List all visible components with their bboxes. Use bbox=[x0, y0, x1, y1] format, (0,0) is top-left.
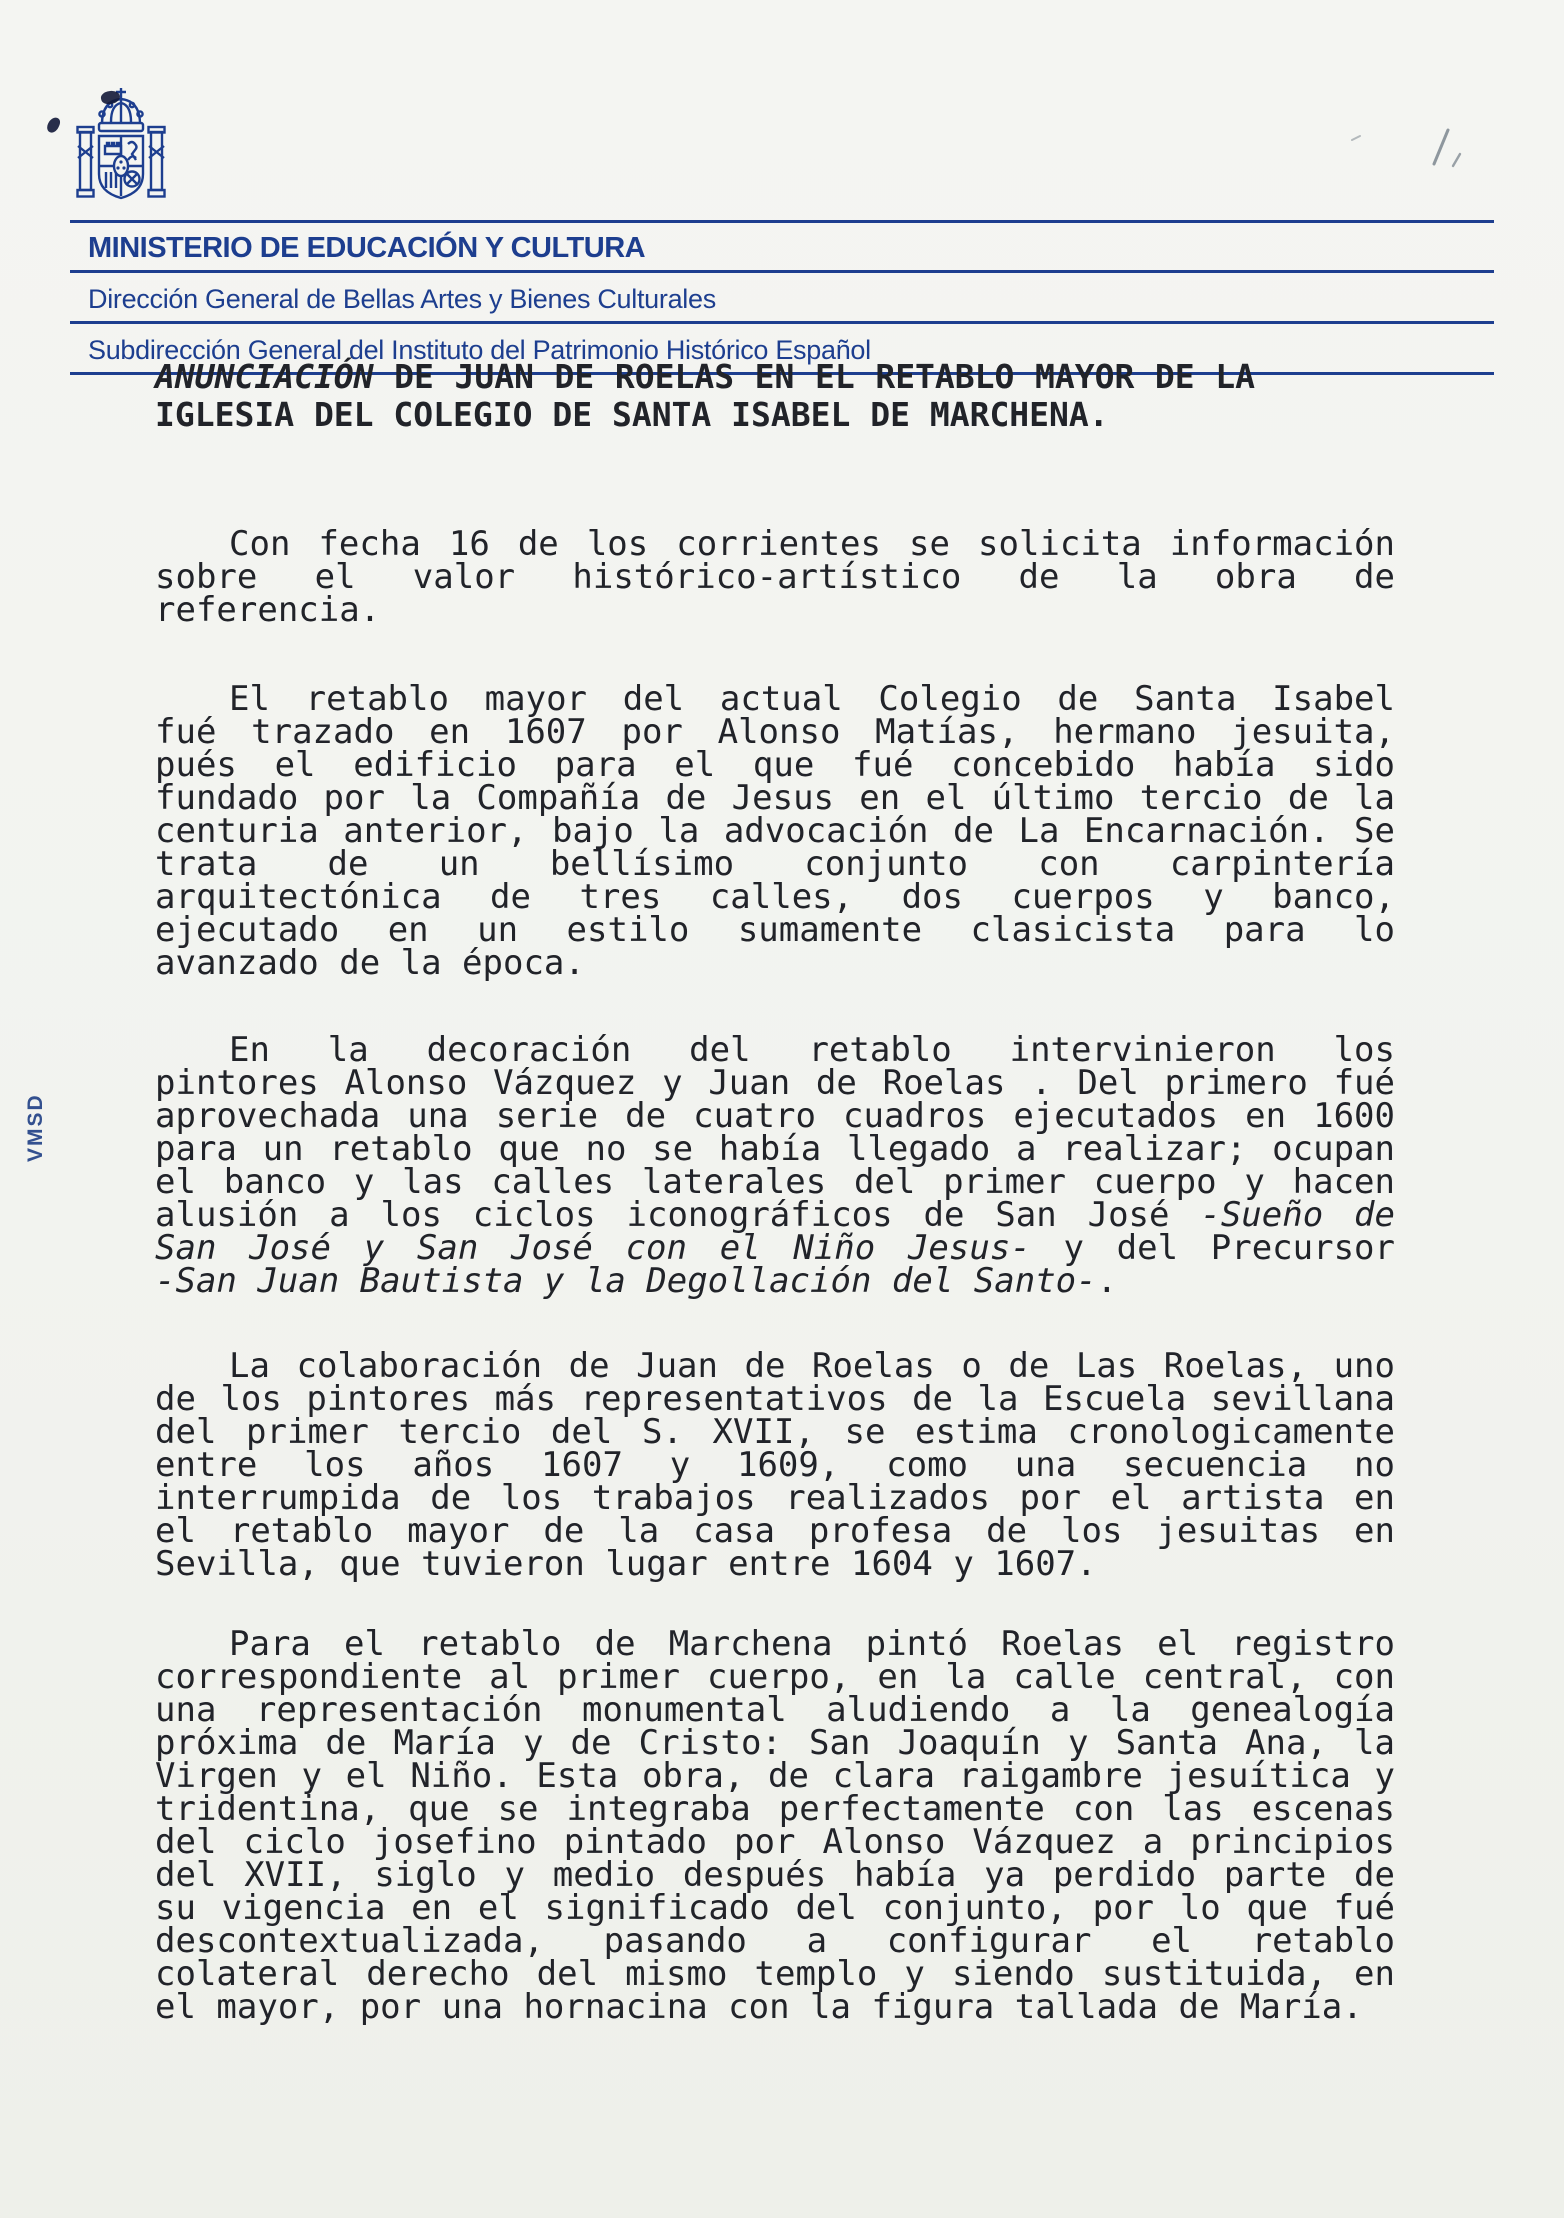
text-run: referencia. bbox=[155, 590, 380, 630]
document-body: ANUNCIACIÓN DE JUAN DE ROELAS EN EL RETA… bbox=[155, 358, 1395, 2024]
directorate-title: Dirección General de Bellas Artes y Bien… bbox=[70, 273, 1494, 324]
ministry-title: MINISTERIO DE EDUCACIÓN Y CULTURA bbox=[70, 223, 1494, 273]
text-run: el mayor, por una hornacina con la figur… bbox=[155, 1987, 1363, 2027]
spain-coat-of-arms-icon bbox=[76, 86, 166, 212]
text-line: ANUNCIACIÓN DE JUAN DE ROELAS EN EL RETA… bbox=[155, 358, 1255, 396]
margin-stamp: VMSD bbox=[24, 1093, 48, 1162]
text-run: DE JUAN DE ROELAS EN EL RETABLO MAYOR DE… bbox=[374, 357, 1255, 396]
letterhead: MINISTERIO DE EDUCACIÓN Y CULTURA Direcc… bbox=[70, 220, 1494, 375]
paragraph: El retablo mayor del actual Colegio de S… bbox=[155, 683, 1395, 980]
italic-text-run: -San Juan Bautista y la Degollación del … bbox=[155, 1261, 1097, 1301]
text-line: referencia. bbox=[155, 594, 1395, 627]
paragraph: En la decoración del retablo intervinier… bbox=[155, 1034, 1395, 1298]
text-run: . bbox=[1097, 1261, 1117, 1301]
text-run: Sevilla, que tuvieron lugar entre 1604 y… bbox=[155, 1544, 1097, 1584]
text-line: IGLESIA DEL COLEGIO DE SANTA ISABEL DE M… bbox=[155, 396, 1255, 434]
text-run: IGLESIA DEL COLEGIO DE SANTA ISABEL DE M… bbox=[155, 395, 1109, 434]
text-line: Sevilla, que tuvieron lugar entre 1604 y… bbox=[155, 1548, 1395, 1581]
paragraph: Para el retablo de Marchena pintó Roelas… bbox=[155, 1628, 1395, 2024]
italic-text-run: ANUNCIACIÓN bbox=[155, 357, 374, 396]
paragraph: Con fecha 16 de los corrientes se solici… bbox=[155, 528, 1395, 627]
document-title: ANUNCIACIÓN DE JUAN DE ROELAS EN EL RETA… bbox=[155, 358, 1255, 434]
pen-annotation-mark bbox=[1320, 112, 1480, 182]
text-line: el mayor, por una hornacina con la figur… bbox=[155, 1991, 1395, 2024]
paragraph: La colaboración de Juan de Roelas o de L… bbox=[155, 1350, 1395, 1581]
document-paragraphs: Con fecha 16 de los corrientes se solici… bbox=[155, 528, 1395, 2024]
text-line: avanzado de la época. bbox=[155, 947, 1395, 980]
text-run: avanzado de la época. bbox=[155, 943, 585, 983]
scanned-document-page: MINISTERIO DE EDUCACIÓN Y CULTURA Direcc… bbox=[0, 0, 1564, 2218]
text-line: -San Juan Bautista y la Degollación del … bbox=[155, 1265, 1395, 1298]
ink-speck bbox=[45, 115, 62, 134]
